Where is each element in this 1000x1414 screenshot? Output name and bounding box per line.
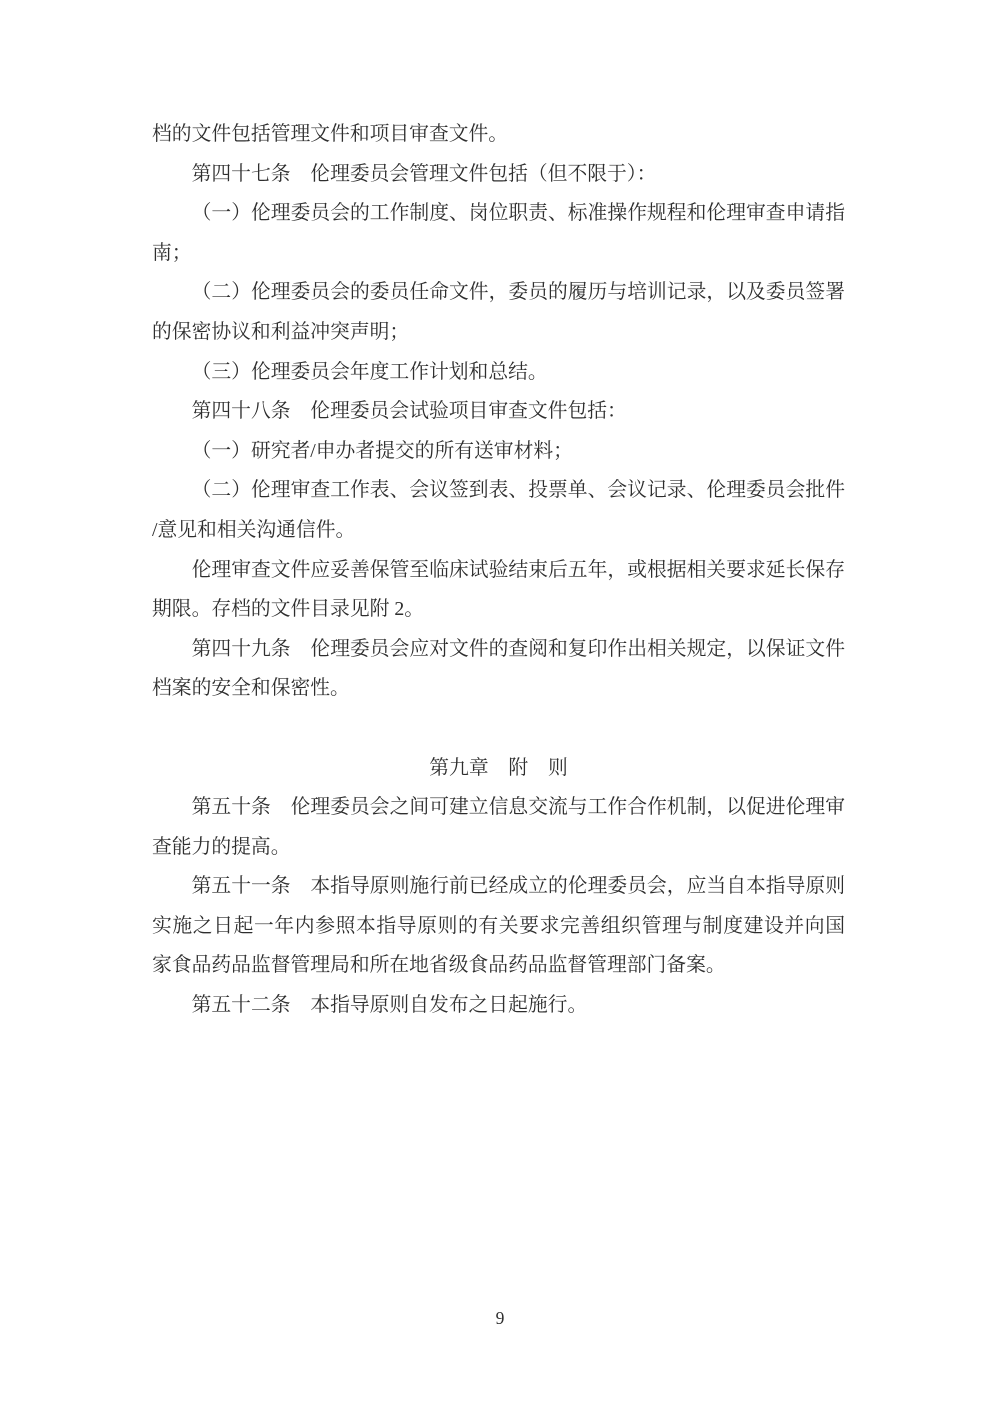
text-line: 档案的安全和保密性。	[152, 669, 845, 709]
text-line-article-52: 第五十二条 本指导原则自发布之日起施行。	[152, 986, 845, 1026]
text-line: 家食品药品监督管理局和所在地省级食品药品监督管理部门备案。	[152, 946, 845, 986]
page-body: 档的文件包括管理文件和项目审查文件。 第四十七条 伦理委员会管理文件包括（但不限…	[152, 115, 845, 1026]
text-line: 期限。存档的文件目录见附 2。	[152, 590, 845, 630]
text-line-article-49: 第四十九条 伦理委员会应对文件的查阅和复印作出相关规定，以保证文件	[152, 630, 845, 670]
text-line: （三）伦理委员会年度工作计划和总结。	[152, 353, 845, 393]
text-line: （一）伦理委员会的工作制度、岗位职责、标准操作规程和伦理审查申请指	[152, 194, 845, 234]
text-line-article-48: 第四十八条 伦理委员会试验项目审查文件包括：	[152, 392, 845, 432]
page-number: 9	[0, 1306, 1000, 1330]
text-line: 实施之日起一年内参照本指导原则的有关要求完善组织管理与制度建设并向国	[152, 907, 845, 947]
text-line: （二）伦理委员会的委员任命文件，委员的履历与培训记录，以及委员签署	[152, 273, 845, 313]
text-line-article-51: 第五十一条 本指导原则施行前已经成立的伦理委员会，应当自本指导原则	[152, 867, 845, 907]
text-line: 的保密协议和利益冲突声明；	[152, 313, 845, 353]
text-line-article-50: 第五十条 伦理委员会之间可建立信息交流与工作合作机制，以促进伦理审	[152, 788, 845, 828]
text-line: 伦理审查文件应妥善保管至临床试验结束后五年，或根据相关要求延长保存	[152, 551, 845, 591]
text-line-article-47: 第四十七条 伦理委员会管理文件包括（但不限于）：	[152, 155, 845, 195]
text-line: （一）研究者/申办者提交的所有送审材料；	[152, 432, 845, 472]
text-line: 南；	[152, 234, 845, 274]
text-line: （二）伦理审查工作表、会议签到表、投票单、会议记录、伦理委员会批件	[152, 471, 845, 511]
text-line: /意见和相关沟通信件。	[152, 511, 845, 551]
blank-line	[152, 709, 845, 749]
text-line: 查能力的提高。	[152, 828, 845, 868]
document-page: 档的文件包括管理文件和项目审查文件。 第四十七条 伦理委员会管理文件包括（但不限…	[0, 0, 1000, 1414]
text-line: 档的文件包括管理文件和项目审查文件。	[152, 115, 845, 155]
chapter-heading: 第九章 附 则	[152, 749, 845, 789]
